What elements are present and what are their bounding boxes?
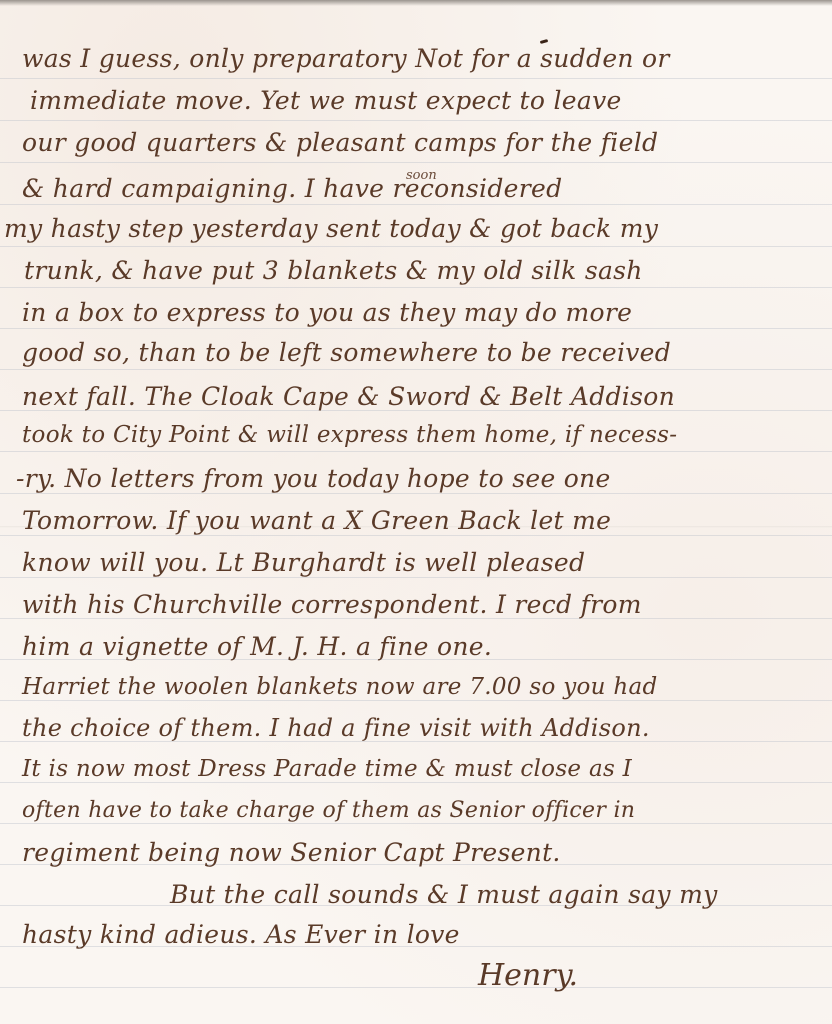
ruled-line: [0, 369, 832, 370]
ruled-line: [0, 823, 832, 824]
letter-page: was I guess, only preparatory Not for a …: [0, 0, 832, 1024]
letter-line-8: good so, than to be left somewhere to be…: [22, 338, 671, 367]
letter-line-12: Tomorrow. If you want a X Green Back let…: [22, 506, 611, 535]
letter-line-17: the choice of them. I had a fine visit w…: [22, 714, 650, 742]
ruled-line: [0, 987, 832, 988]
letter-line-15: him a vignette of M. J. H. a fine one.: [22, 632, 492, 661]
page-top-edge: [0, 0, 832, 6]
letter-line-16: Harriet the woolen blankets now are 7.00…: [22, 674, 658, 700]
letter-line-6: trunk, & have put 3 blankets & my old si…: [24, 256, 643, 285]
letter-line-22: hasty kind adieus. As Ever in love: [22, 920, 460, 949]
ruled-line: [0, 782, 832, 783]
letter-line-14: with his Churchville correspondent. I re…: [22, 590, 642, 619]
ruled-line: [0, 162, 832, 163]
ruled-line: [0, 451, 832, 452]
letter-line-4: & hard campaigning. I have reconsidered: [22, 174, 562, 203]
letter-line-20: regiment being now Senior Capt Present.: [22, 838, 561, 867]
letter-line-21: But the call sounds & I must again say m…: [170, 880, 718, 909]
letter-line-7: in a box to express to you as they may d…: [22, 298, 632, 327]
ruled-line: [0, 78, 832, 79]
letter-line-10: took to City Point & will express them h…: [22, 422, 677, 448]
ruled-line: [0, 120, 832, 121]
letter-line-18: It is now most Dress Parade time & must …: [22, 756, 632, 782]
ruled-line: [0, 328, 832, 329]
ruled-line: [0, 246, 832, 247]
letter-line-1: was I guess, only preparatory Not for a …: [22, 44, 670, 73]
letter-line-3: our good quarters & pleasant camps for t…: [22, 128, 658, 157]
ruled-line: [0, 287, 832, 288]
letter-line-5: my hasty step yesterday sent today & got…: [4, 214, 658, 243]
letter-line-11: -ry. No letters from you today hope to s…: [16, 464, 611, 493]
ruled-line: [0, 700, 832, 701]
ruled-line: [0, 493, 832, 494]
ruled-line: [0, 204, 832, 205]
letter-line-9: next fall. The Cloak Cape & Sword & Belt…: [22, 382, 675, 411]
signature: Henry.: [478, 958, 578, 993]
ruled-line: [0, 577, 832, 578]
ruled-line: [0, 535, 832, 536]
letter-line-19: often have to take charge of them as Sen…: [22, 798, 635, 823]
letter-line-2: immediate move. Yet we must expect to le…: [30, 86, 622, 115]
letter-line-13: know will you. Lt Burghardt is well plea…: [22, 548, 585, 577]
